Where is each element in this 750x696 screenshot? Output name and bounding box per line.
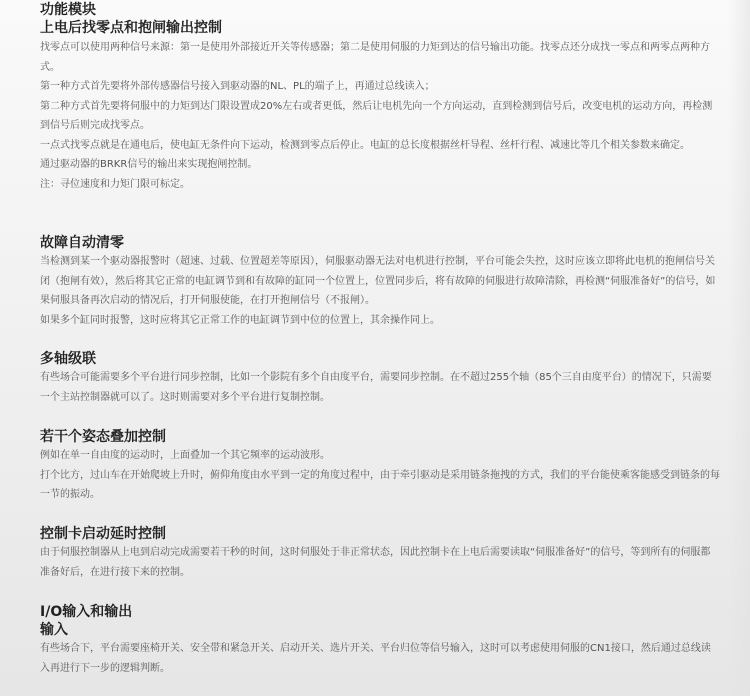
paragraph: 打个比方，过山车在开始爬坡上升时，俯仰角度由水平到一定的角度过程中，由于牵引驱动… [40, 466, 720, 505]
paragraph: 通过驱动器的BRKR信号的输出来实现抱闸控制。 [40, 155, 720, 175]
paragraph: 第二种方式首先要将伺服中的力矩到达门限设置成20%左右或者更低，然后让电机先向一… [40, 97, 720, 136]
section-subtitle: 输入 [40, 621, 720, 639]
paragraph: 第一种方式首先要将外部传感器信号接入到驱动器的NL、PL的端子上，再通过总线读入… [40, 77, 720, 97]
section-title: 上电后找零点和抱闸输出控制 [40, 19, 720, 37]
paragraph: 当检测到某一个驱动器报警时（超速、过载、位置超差等原因），伺服驱动器无法对电机进… [40, 252, 720, 311]
paragraph: 有些场合下，平台需要座椅开关、安全带和紧急开关、启动开关、选片开关、平台归位等信… [40, 639, 720, 678]
paragraph: 注：寻位速度和力矩门限可标定。 [40, 175, 720, 195]
section-posture-overlay: 若干个姿态叠加控制 例如在单一自由度的运动时，上面叠加一个其它频率的运动波形。 … [40, 428, 720, 505]
module-title: 功能模块 [40, 1, 720, 19]
paragraph: 如果多个缸同时报警，这时应将其它正常工作的电缸调节到中位的位置上，其余操作同上。 [40, 311, 720, 331]
section-title: 控制卡启动延时控制 [40, 525, 720, 543]
paragraph: 由于伺服控制器从上电到启动完成需要若干秒的时间，这时伺服处于非正常状态，因此控制… [40, 543, 720, 582]
paragraph: 找零点可以使用两种信号来源：第一是使用外部接近开关等传感器；第二是使用伺服的力矩… [40, 38, 720, 77]
paragraph: 有些场合可能需要多个平台进行同步控制，比如一个影院有多个自由度平台，需要同步控制… [40, 368, 720, 407]
section-power-on-homing: 功能模块 上电后找零点和抱闸输出控制 找零点可以使用两种信号来源：第一是使用外部… [40, 1, 720, 194]
section-io: I/O输入和输出 输入 有些场合下，平台需要座椅开关、安全带和紧急开关、启动开关… [40, 603, 720, 678]
section-startup-delay: 控制卡启动延时控制 由于伺服控制器从上电到启动完成需要若干秒的时间，这时伺服处于… [40, 525, 720, 582]
section-multi-axis-cascade: 多轴级联 有些场合可能需要多个平台进行同步控制，比如一个影院有多个自由度平台，需… [40, 350, 720, 407]
section-title: 多轴级联 [40, 350, 720, 368]
section-fault-auto-clear: 故障自动清零 当检测到某一个驱动器报警时（超速、过载、位置超差等原因），伺服驱动… [40, 234, 720, 330]
paragraph: 例如在单一自由度的运动时，上面叠加一个其它频率的运动波形。 [40, 446, 720, 466]
paragraph: 一点式找零点就是在通电后，使电缸无条件向下运动，检测到零点后停止。电缸的总长度根… [40, 136, 720, 156]
section-title: 若干个姿态叠加控制 [40, 428, 720, 446]
right-edge-shade [728, 0, 750, 696]
section-title: I/O输入和输出 [40, 603, 720, 621]
section-title: 故障自动清零 [40, 234, 720, 252]
